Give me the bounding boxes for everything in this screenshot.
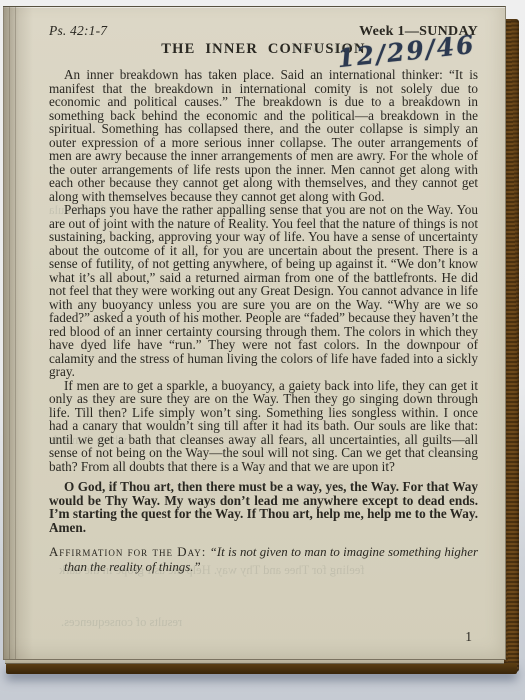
book: THE WAY the formula which demands feelin…: [0, 6, 519, 674]
page-content: THE WAY the formula which demands feelin…: [49, 23, 478, 647]
photo-background: THE WAY the formula which demands feelin…: [0, 0, 525, 700]
body-paragraph: An inner breakdown has taken place. Said…: [49, 68, 478, 203]
scripture-reference: Ps. 42:1-7: [49, 23, 107, 39]
body-paragraph: Perhaps you have the rather appalling se…: [49, 203, 478, 379]
bleedthrough-text: results of consequences.: [61, 615, 182, 630]
prayer-paragraph: O God, if Thou art, then there must be a…: [49, 480, 478, 534]
affirmation-block: Affirmation for the Day: “It is not give…: [49, 545, 478, 574]
book-page: THE WAY the formula which demands feelin…: [3, 6, 506, 660]
book-cover-edge-bottom: [6, 663, 517, 674]
book-cover-edge-right: [504, 19, 519, 672]
body-paragraph: If men are to get a sparkle, a buoyancy,…: [49, 379, 478, 474]
page-number: 1: [465, 629, 472, 645]
affirmation-label: Affirmation for the Day:: [49, 545, 206, 559]
